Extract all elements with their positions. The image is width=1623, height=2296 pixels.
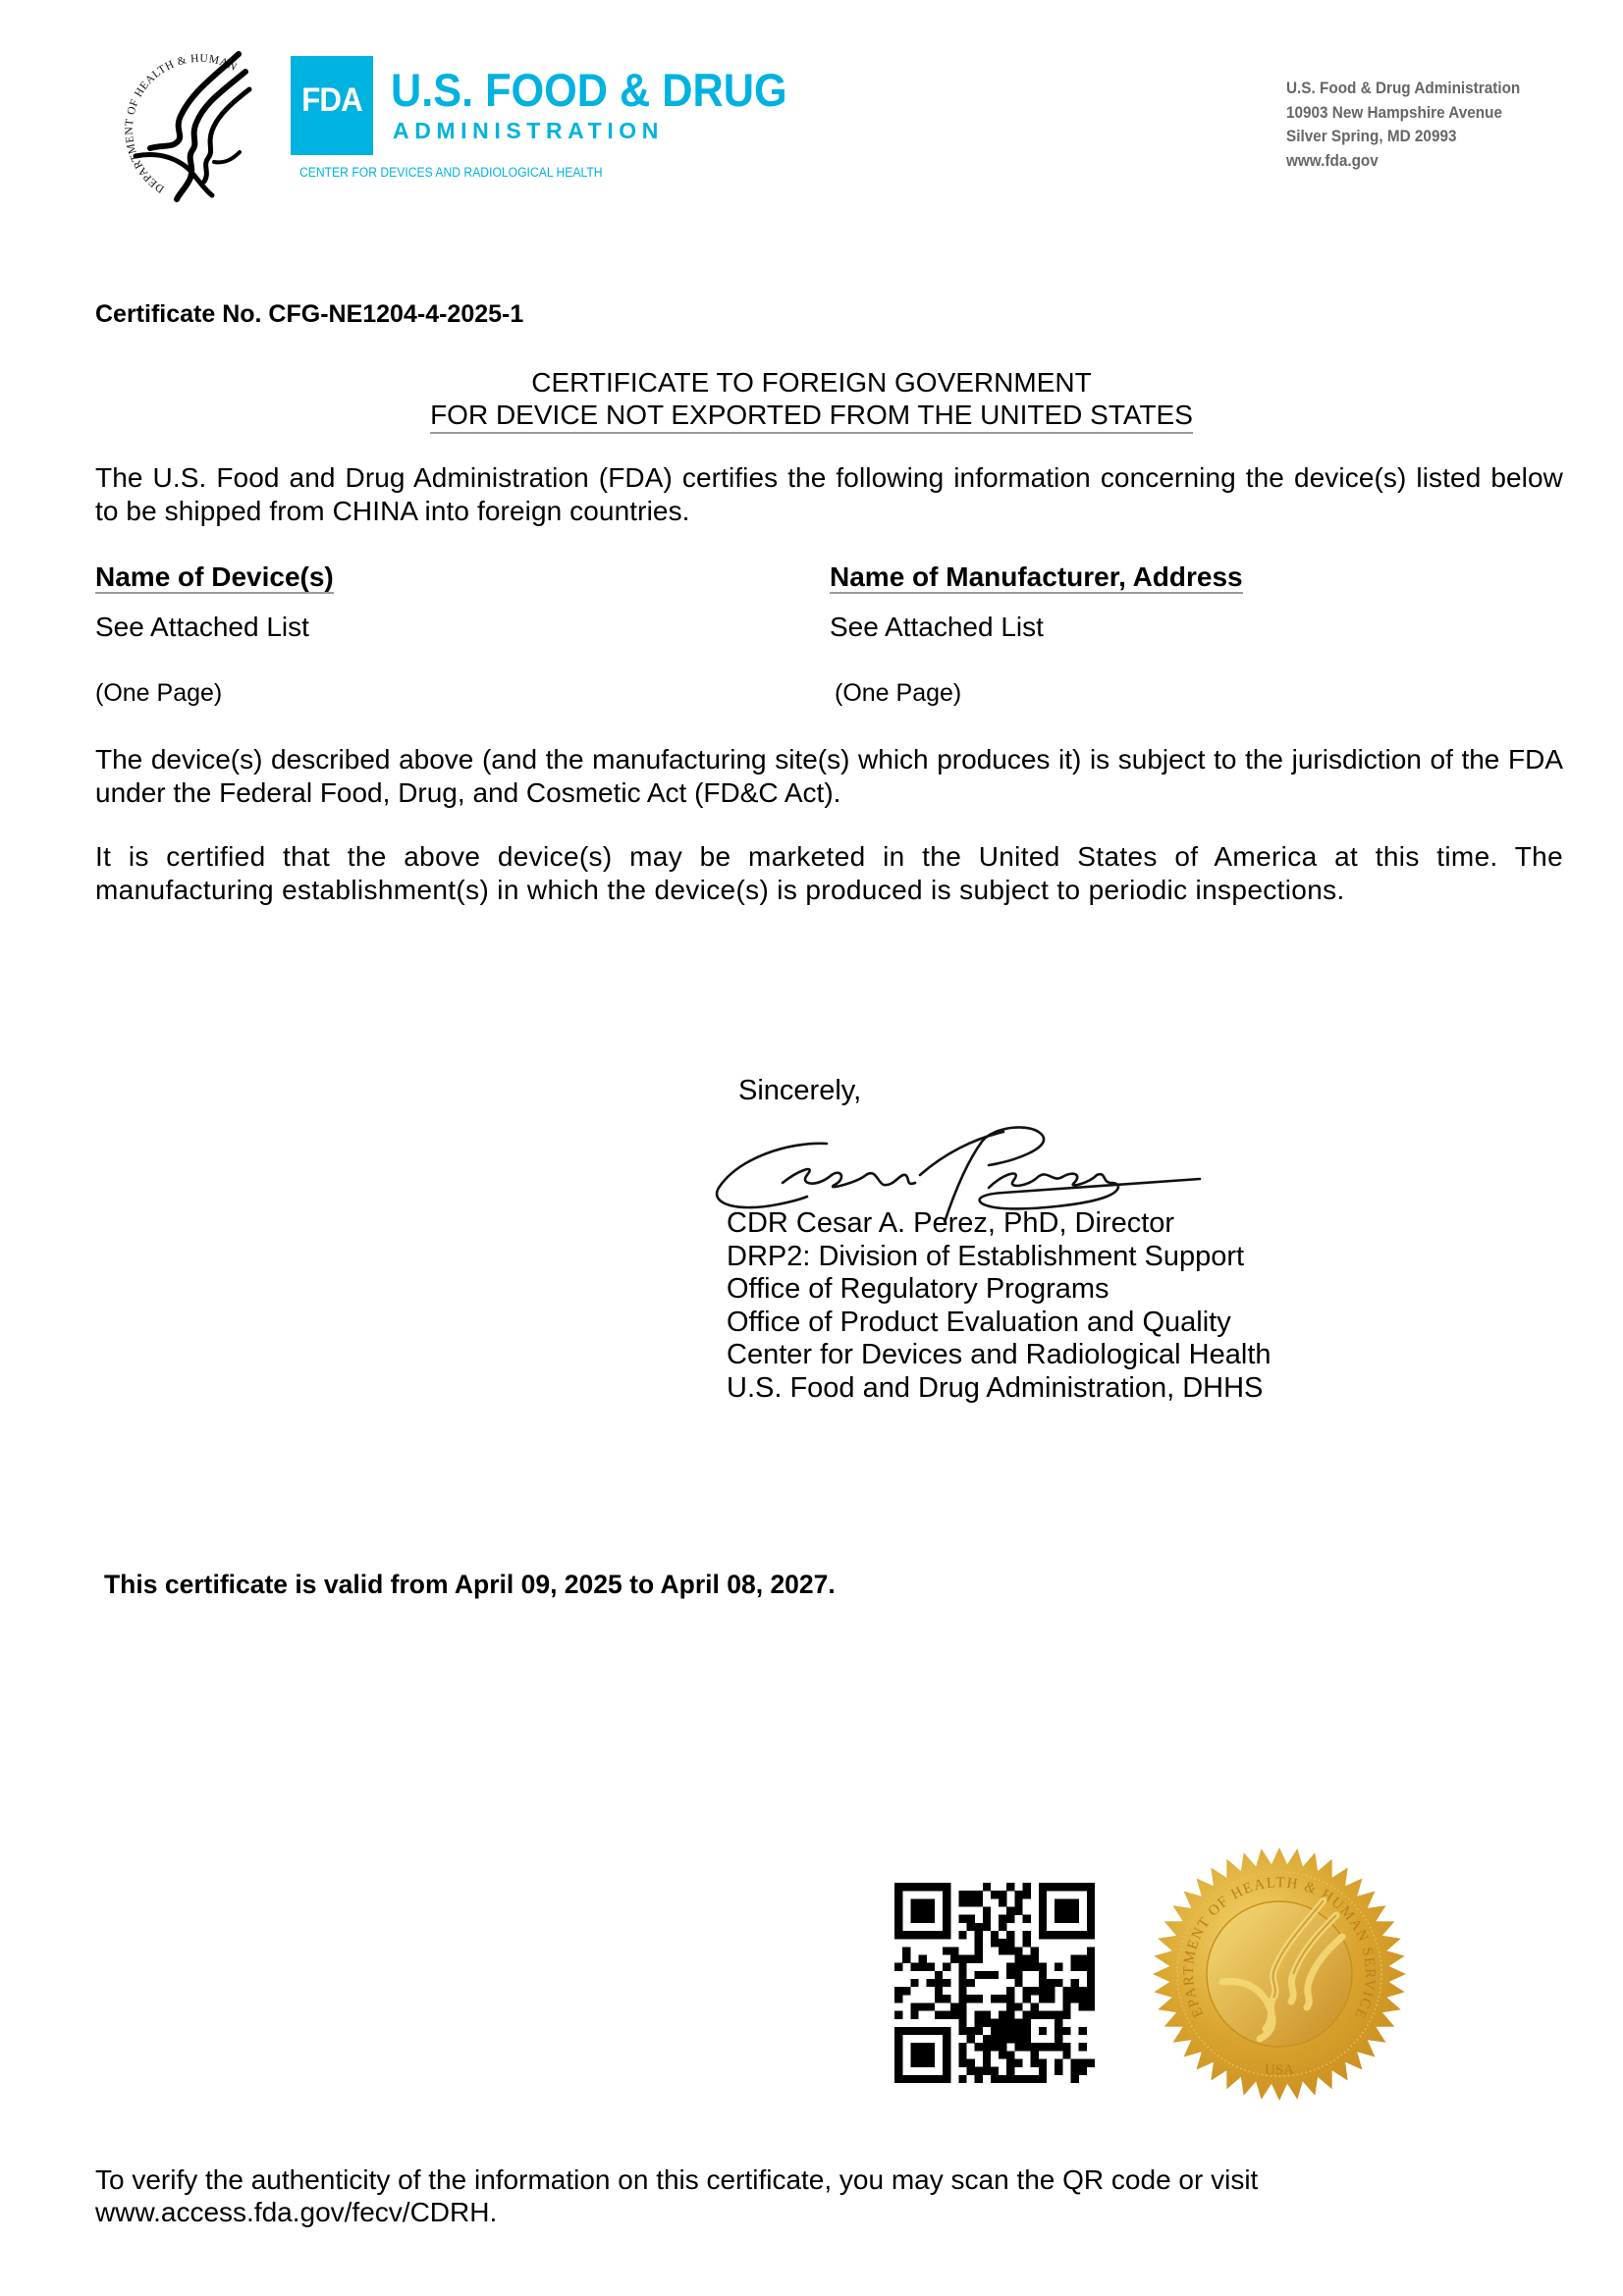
- manufacturer-page-note: (One Page): [835, 679, 961, 708]
- handwritten-signature: [709, 1114, 1210, 1222]
- certificate-title: CERTIFICATE TO FOREIGN GOVERNMENT FOR DE…: [0, 366, 1623, 434]
- agency-address: U.S. Food & Drug Administration 10903 Ne…: [1286, 77, 1520, 173]
- certificate-number: Certificate No. CFG-NE1204-4-2025-1: [95, 300, 523, 329]
- manufacturer-heading: Name of Manufacturer, Address: [830, 561, 1243, 594]
- center-name: CENTER FOR DEVICES AND RADIOLOGICAL HEAL…: [299, 165, 603, 180]
- fda-badge-text: FDA: [294, 81, 369, 120]
- manufacturer-value: See Attached List: [830, 612, 1044, 643]
- agency-subtitle: ADMINISTRATION: [393, 118, 664, 144]
- dhhs-eagle-logo-icon: DEPARTMENT OF HEALTH & HUMAN SERVICES · …: [96, 32, 259, 203]
- certificate-title-line1: CERTIFICATE TO FOREIGN GOVERNMENT: [0, 366, 1623, 399]
- certificate-title-line2: FOR DEVICE NOT EXPORTED FROM THE UNITED …: [430, 399, 1193, 434]
- signatory-center: Center for Devices and Radiological Heal…: [727, 1339, 1271, 1372]
- signatory-office: Office of Product Evaluation and Quality: [727, 1307, 1271, 1340]
- certification-paragraph: It is certified that the above device(s)…: [95, 840, 1563, 907]
- address-website: www.fda.gov: [1286, 149, 1520, 174]
- signatory-agency: U.S. Food and Drug Administration, DHHS: [727, 1372, 1271, 1406]
- address-line: 10903 New Hampshire Avenue: [1286, 101, 1520, 126]
- jurisdiction-paragraph: The device(s) described above (and the m…: [95, 743, 1563, 810]
- device-name-value: See Attached List: [95, 612, 309, 643]
- device-name-heading: Name of Device(s): [95, 561, 334, 594]
- svg-text:DEPARTMENT OF HEALTH & HUMAN S: DEPARTMENT OF HEALTH & HUMAN SERVICES · …: [96, 32, 239, 195]
- closing: Sincerely,: [738, 1075, 861, 1107]
- hhs-gold-seal-icon: DEPARTMENT OF HEALTH & HUMAN SERVICES US…: [1152, 1847, 1407, 2101]
- signatory-name: CDR Cesar A. Perez, PhD, Director: [727, 1207, 1271, 1241]
- agency-title: U.S. FOOD & DRUG: [391, 63, 787, 117]
- validity-statement: This certificate is valid from April 09,…: [104, 1570, 836, 1600]
- signatory-office: Office of Regulatory Programs: [727, 1273, 1271, 1307]
- address-line: Silver Spring, MD 20993: [1286, 125, 1520, 149]
- address-line: U.S. Food & Drug Administration: [1286, 77, 1520, 101]
- qr-code-icon[interactable]: [894, 1881, 1095, 2085]
- seal-usa-text: USA: [1265, 2062, 1294, 2078]
- verification-note: To verify the authenticity of the inform…: [95, 2163, 1258, 2228]
- dhhs-seal-text: DEPARTMENT OF HEALTH & HUMAN SERVICES · …: [96, 32, 239, 195]
- intro-paragraph: The U.S. Food and Drug Administration (F…: [95, 461, 1563, 528]
- signatory-block: CDR Cesar A. Perez, PhD, Director DRP2: …: [727, 1207, 1271, 1405]
- fda-badge: FDA: [291, 56, 373, 155]
- device-page-note: (One Page): [95, 679, 222, 708]
- verification-url[interactable]: www.access.fda.gov/fecv/CDRH.: [95, 2196, 1258, 2228]
- verification-text: To verify the authenticity of the inform…: [95, 2163, 1258, 2196]
- signatory-division: DRP2: Division of Establishment Support: [727, 1241, 1271, 1274]
